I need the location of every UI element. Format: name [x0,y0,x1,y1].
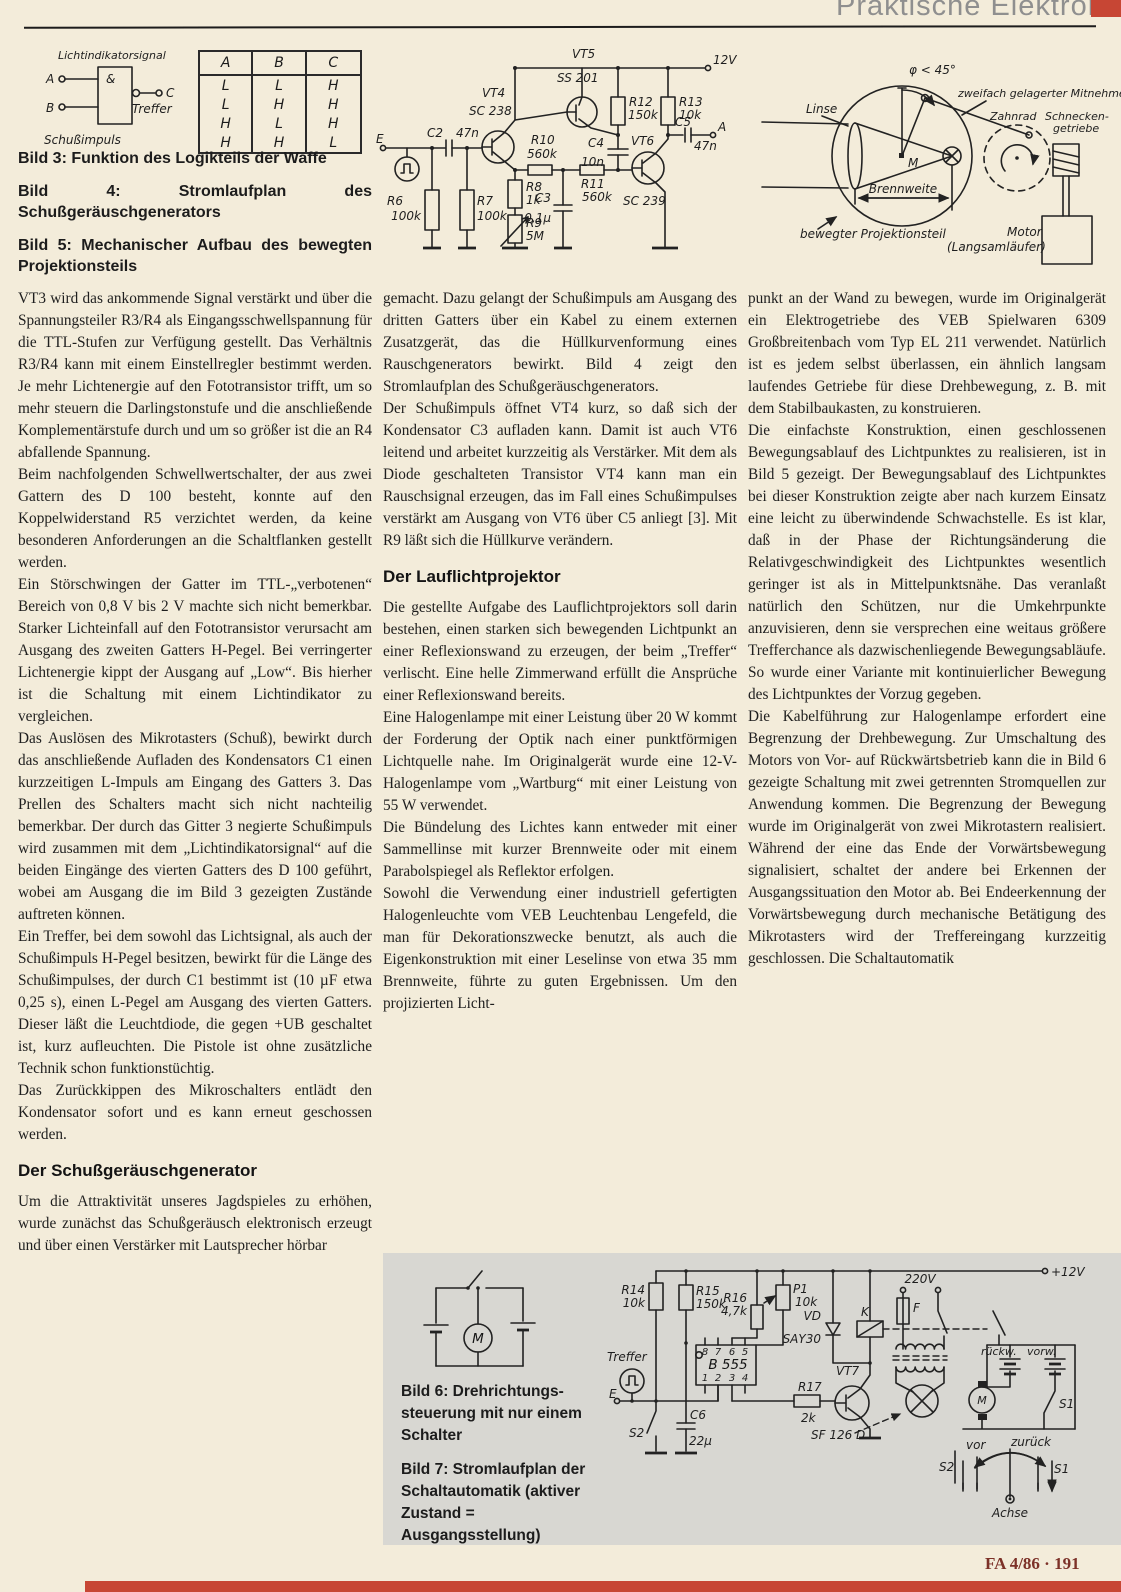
label-c4: C4 [588,136,604,150]
label-r6-value: 100k [391,209,422,223]
label-c6-value: 22µ [689,1434,712,1448]
truth-cell: L [200,95,253,114]
label-vt4-type: SC 238 [469,104,512,118]
section-heading-schussgeraeuschgenerator: Der Schußgeräuschgenerator [18,1160,372,1182]
mini-motor-circuit [424,1271,535,1366]
label-r17: R17 [798,1380,822,1394]
center-point [899,153,904,158]
truth-cell: L [253,114,306,133]
truth-cell: H [307,95,360,114]
label-mitnehmer: zweifach gelagerter Mitnehmer [957,87,1121,100]
label-brennweite: Brennweite [869,182,937,196]
truth-header-b: B [253,52,306,76]
label-r7-value: 100k [477,209,508,223]
label-c2-value: 47n [456,126,479,140]
section-heading-lauflichtprojektor: Der Lauflichtprojektor [383,566,737,588]
label-p1-value: 10k [795,1295,818,1309]
label-r11-value: 560k [582,190,613,204]
label-r16-value: 4,7k [721,1304,748,1318]
caption-bild6: Bild 6: Drehrichtungs-steuerung mit nur … [401,1381,596,1447]
label-c6: C6 [690,1408,706,1422]
label-vt7: VT7 [836,1364,860,1378]
label-mini-motor: M [472,1331,484,1347]
panel-captions: Bild 6: Drehrichtungs-steuerung mit nur … [401,1381,596,1559]
label-r6: R6 [387,194,403,208]
article-column-1: VT3 wird das ankommende Signal verstärkt… [18,288,372,1570]
label-m-center: M [908,156,919,170]
label-pin7: 7 [715,1347,722,1358]
label-treffer-input: Treffer [607,1350,648,1364]
label-r15: R15 [696,1284,720,1298]
label-s2: S2 [629,1426,644,1440]
and-gate-diagram: Lichtindikatorsignal A B & C Treffer Sch… [40,46,200,158]
label-input-a: A [45,72,54,86]
paragraph: Die Bündelung des Lichtes kann entweder … [383,817,737,883]
label-p1: P1 [793,1282,808,1296]
paragraph: Ein Störschwingen der Gatter im TTL-„ver… [18,574,372,728]
label-pin1: 1 [702,1373,708,1384]
label-e-input: E [609,1387,617,1401]
label-vd-type: SAY30 [783,1332,822,1346]
label-e: E [376,132,384,146]
truth-cell: H [307,114,360,133]
label-r9-value: 5M [526,229,545,243]
label-c5-value: 47n [694,139,717,153]
label-pin3: 3 [729,1373,735,1384]
label-c3-value: 0,1µ [524,211,551,225]
label-vt5-type: SS 201 [557,71,599,85]
label-c3: C3 [535,191,551,205]
label-pin5: 5 [742,1347,748,1358]
label-motor: Motor [1007,225,1043,239]
label-output-c: C [166,86,175,100]
paragraph: VT3 wird das ankommende Signal verstärkt… [18,288,372,464]
truth-cell: L [200,76,253,95]
caption-bild7: Bild 7: Stromlaufplan der Schaltautomati… [401,1459,596,1547]
paragraph: Die Kabelführung zur Halogenlampe erford… [748,706,1106,970]
label-motor-m: M [977,1394,987,1407]
article-column-3: punkt an der Wand zu bewegen, wurde im O… [748,288,1106,1238]
paragraph: Ein Treffer, bei dem sowohl das Lichtsig… [18,926,372,1080]
label-pin6: 6 [729,1347,735,1358]
label-and-symbol: & [106,72,115,86]
label-12v: 12V [713,53,737,67]
label-vt4: VT4 [482,86,505,100]
label-zahnrad: Zahnrad [989,110,1037,123]
label-treffer: Treffer [132,102,173,116]
paragraph: Eine Halogenlampe mit einer Leistung übe… [383,707,737,817]
label-vt6: VT6 [631,134,655,148]
label-schussimpuls: Schußimpuls [44,133,121,147]
label-plus12v: +12V [1051,1265,1085,1279]
label-achse: Achse [991,1506,1028,1520]
truth-cell: H [200,114,253,133]
label-lichtindikatorsignal: Lichtindikatorsignal [58,49,166,62]
label-r14: R14 [621,1283,645,1297]
label-ic-b555: B 555 [708,1357,747,1373]
caption-bild4: Bild 4: Stromlaufplan des Schußgeräuschg… [18,181,372,223]
label-c4-value: 10n [581,155,604,169]
label-linse: Linse [806,102,837,116]
label-langsamlaeufer: (Langsamläufer) [947,240,1046,254]
label-vd: VD [804,1309,821,1323]
caption-bild3: Bild 3: Funktion des Logikteils der Waff… [18,148,372,169]
paragraph: Der Schußimpuls öffnet VT4 kurz, so daß … [383,398,737,552]
paragraph: Die einfachste Konstruktion, einen gesch… [748,420,1106,706]
label-pin2: 2 [715,1373,721,1384]
label-phi-angle: φ < 45° [909,63,956,77]
label-s2-bottom: S2 [939,1460,954,1474]
label-vt5: VT5 [572,47,595,61]
label-k-relay: K [861,1305,870,1319]
label-a: A [717,120,726,134]
label-r17-value: 2k [801,1411,817,1425]
label-r10: R10 [531,133,555,147]
article-column-2: gemacht. Dazu gelangt der Schußimpuls am… [383,288,737,1238]
paragraph: punkt an der Wand zu bewegen, wurde im O… [748,288,1106,420]
label-zurueck: zurück [1010,1435,1052,1449]
label-c5: C5 [675,115,691,129]
paragraph: Sowohl die Verwendung einer industriell … [383,883,737,1015]
magazine-page: { "page": { "header_title": "Praktische … [0,0,1121,1592]
magazine-header: Praktische Elektronik [836,0,1121,23]
label-r16: R16 [723,1291,747,1305]
label-s1-bottom: S1 [1054,1462,1069,1476]
figure-logic-gate: Lichtindikatorsignal A B & C Treffer Sch… [40,46,362,158]
main-circuit-wires [614,1268,1075,1503]
corner-red-mark [1091,0,1121,17]
label-pin8: 8 [702,1347,708,1358]
truth-cell: L [253,76,306,95]
label-c2: C2 [427,126,443,140]
truth-header-a: A [200,52,253,76]
issue-page-reference: FA 4/86 · 191 [985,1554,1080,1574]
label-r7: R7 [477,194,493,208]
label-220v: 220V [904,1272,936,1286]
label-rueckw: rückw. [981,1345,1017,1358]
label-vor: vor [966,1438,986,1452]
figure-panel-bild6-7: M [383,1253,1121,1545]
label-vt7-type: SF 126 D [811,1428,865,1442]
truth-cell: H [253,95,306,114]
label-vt6-type: SC 239 [623,194,666,208]
caption-bild5: Bild 5: Mechanischer Aufbau des bewegten… [18,235,372,277]
label-schneckengetriebe-2: getriebe [1053,122,1099,135]
label-r14-value: 10k [623,1296,646,1310]
label-projektionsteil: bewegter Projektionsteil [800,227,946,241]
truth-table: A B C L L H L H H H L H H H L [198,50,362,154]
header-rule [24,25,1096,28]
figure-noise-generator-schematic: E C2 47n R6 100k R7 100k VT4 SC 238 R8 1… [375,40,730,280]
figure-mechanical-projector: φ < 45° Linse zweifach gelagerter Mitneh… [762,30,1120,280]
label-r12: R12 [629,95,653,109]
paragraph: Das Zurückkippen des Mikroschalters entl… [18,1080,372,1146]
label-r12-value: 150k [628,108,659,122]
label-pin4: 4 [742,1373,748,1384]
figure-captions: Bild 3: Funktion des Logikteils der Waff… [18,148,372,289]
paragraph: Um die Attraktivität unseres Jagdspieles… [18,1191,372,1257]
label-vorw: vorw. [1027,1345,1057,1358]
bottom-red-bar [85,1581,1121,1592]
paragraph: Die gestellte Aufgabe des Lauflichtproje… [383,597,737,707]
label-r13: R13 [679,95,703,109]
paragraph: Das Auslösen des Mikrotasters (Schuß), b… [18,728,372,926]
paragraph: gemacht. Dazu gelangt der Schußimpuls am… [383,288,737,398]
label-r11: R11 [581,177,605,191]
label-f-fuse: F [913,1301,921,1315]
truth-header-c: C [307,52,360,76]
label-input-b: B [46,101,54,115]
truth-cell: H [307,76,360,95]
label-s1-switch: S1 [1059,1397,1074,1411]
paragraph: Beim nachfolgenden Schwellwertschalter, … [18,464,372,574]
label-r10-value: 560k [527,147,558,161]
